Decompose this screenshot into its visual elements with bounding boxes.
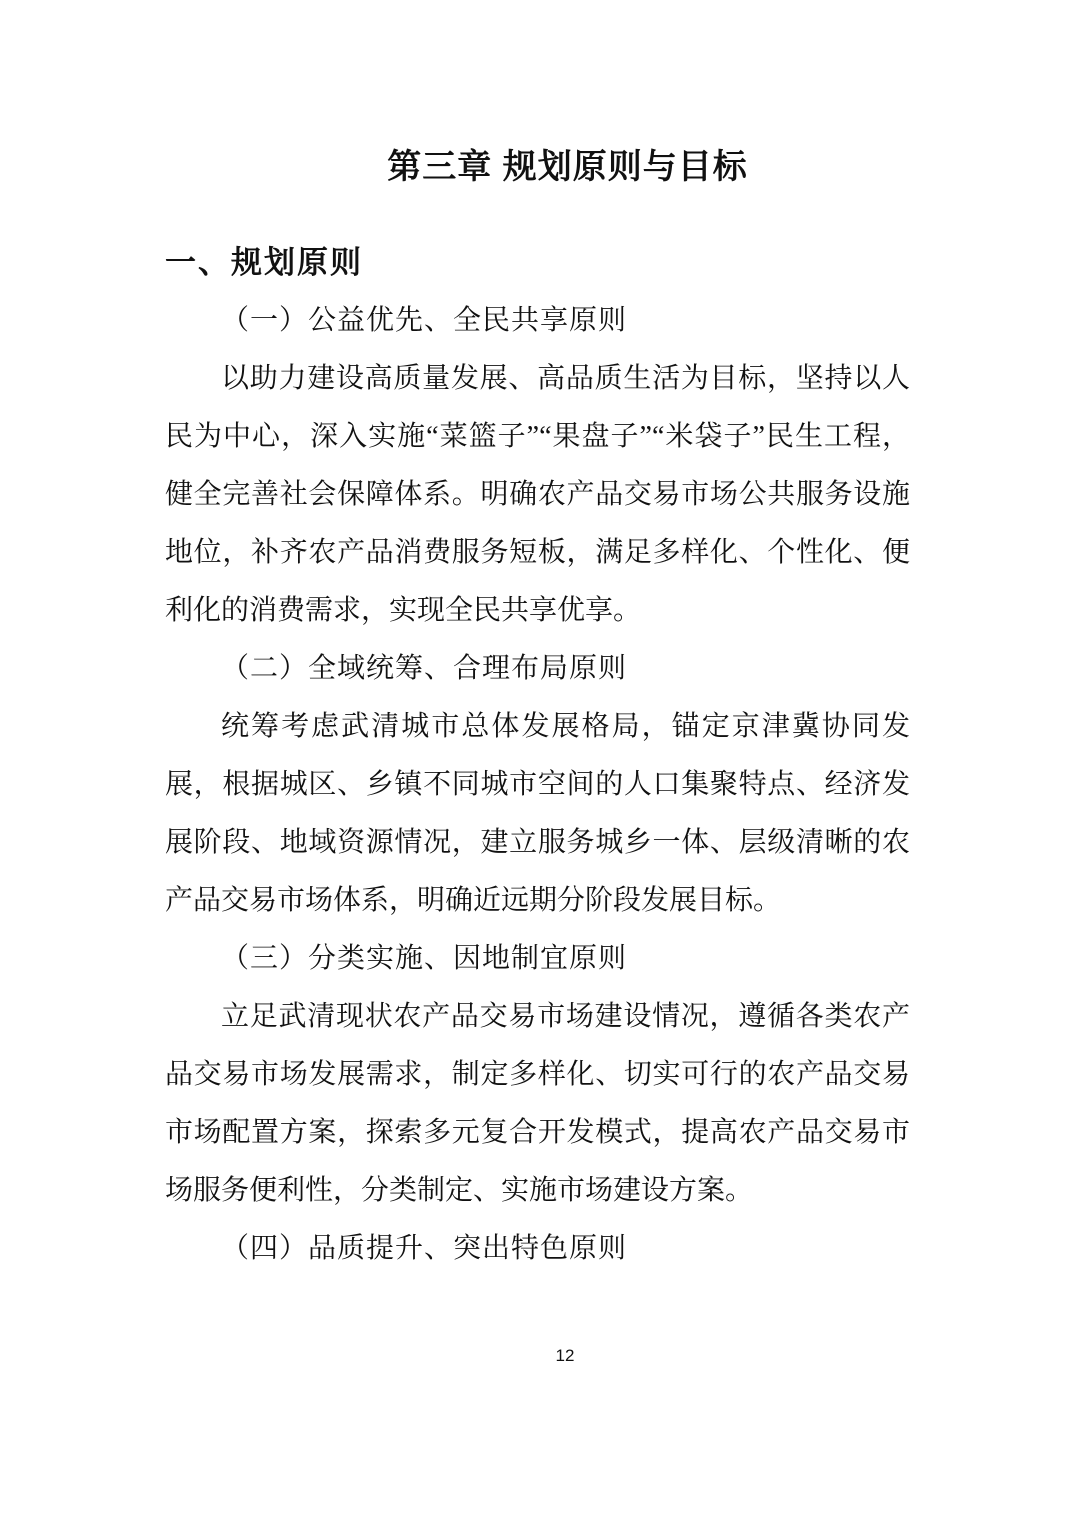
document-content: 第三章 规划原则与目标 一、规划原则 （一）公益优先、全民共享原则 以助力建设高…: [165, 146, 910, 1278]
subsection-heading-3: （三）分类实施、因地制宜原则: [165, 930, 910, 988]
subsection-heading-1: （一）公益优先、全民共享原则: [165, 292, 910, 350]
body-paragraph: 统筹考虑武清城市总体发展格局，锚定京津冀协同发展，根据城区、乡镇不同城市空间的人…: [165, 698, 910, 930]
body-paragraph: 立足武清现状农产品交易市场建设情况，遵循各类农产品交易市场发展需求，制定多样化、…: [165, 988, 910, 1220]
page-number: 12: [28, 1344, 1074, 1368]
document-page: 第三章 规划原则与目标 一、规划原则 （一）公益优先、全民共享原则 以助力建设高…: [0, 0, 1074, 1520]
subsection-heading-2: （二）全域统筹、合理布局原则: [165, 640, 910, 698]
body-paragraph: 以助力建设高质量发展、高品质生活为目标，坚持以人民为中心，深入实施“菜篮子”“果…: [165, 350, 910, 640]
section-heading: 一、规划原则: [165, 234, 910, 292]
subsection-heading-4: （四）品质提升、突出特色原则: [165, 1220, 910, 1278]
chapter-title: 第三章 规划原则与目标: [195, 146, 940, 188]
